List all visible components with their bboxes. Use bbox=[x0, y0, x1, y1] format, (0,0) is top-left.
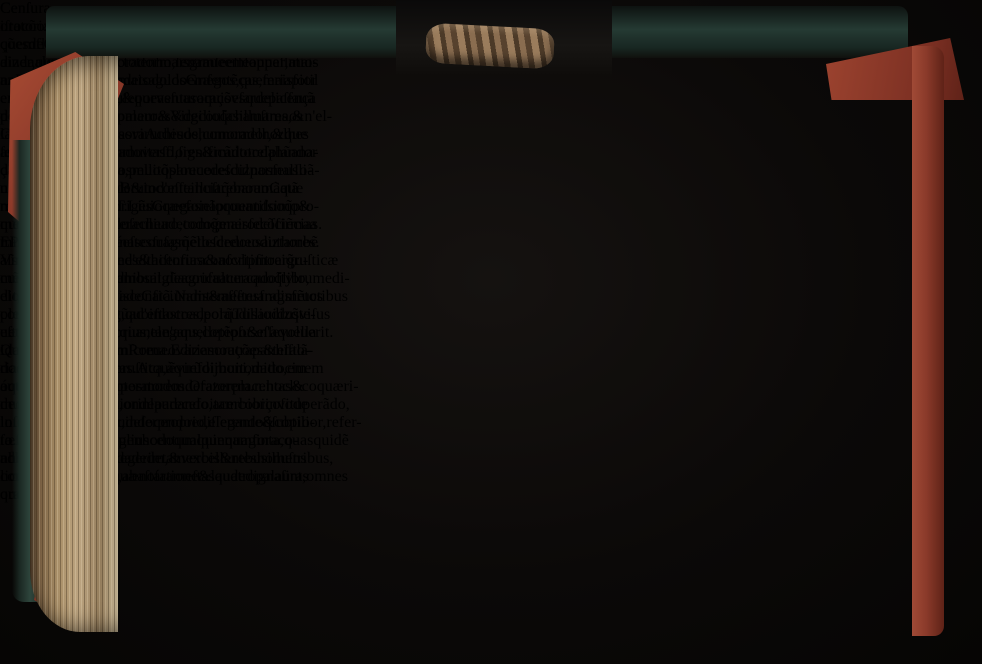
page-block-top-edge bbox=[96, 42, 902, 80]
book-photo: Cenſura iſtocõosPelaſgosficandoItaliatod… bbox=[0, 0, 982, 664]
cover-right-edge bbox=[912, 46, 944, 636]
page-block-fore-edge-left bbox=[30, 56, 118, 632]
